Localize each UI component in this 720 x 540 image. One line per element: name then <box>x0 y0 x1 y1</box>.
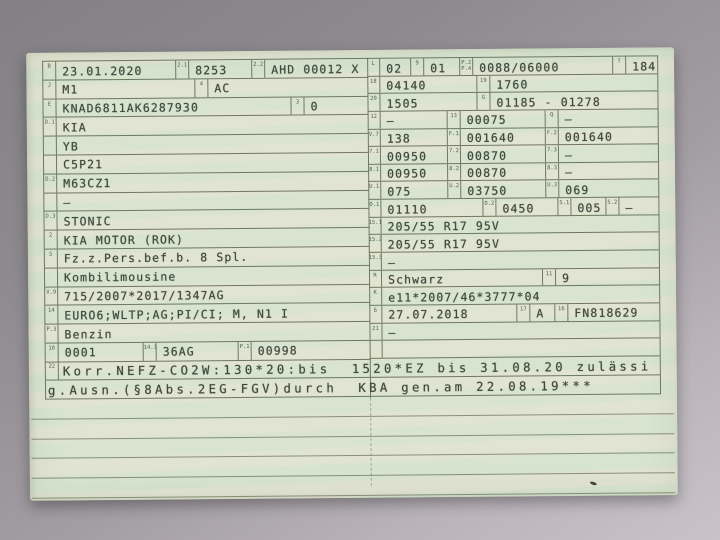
field-value: 04140 <box>380 76 476 93</box>
field-cell: 191760 <box>476 74 657 92</box>
field-cell: S.1005 <box>557 198 605 215</box>
field-cell: L02 <box>367 58 410 75</box>
field-value: 03750 <box>461 181 545 198</box>
field-code: 18 <box>367 76 380 93</box>
field-code: 15.3 <box>369 253 382 270</box>
field-code: E <box>43 99 56 117</box>
field-code <box>44 137 57 155</box>
field-value: – <box>382 250 659 269</box>
field-cell: F.1001640 <box>447 128 545 145</box>
field-cell: 12– <box>368 111 447 128</box>
field-cell: 201505 <box>367 93 476 111</box>
field-value: M63CZ1 <box>57 172 369 193</box>
ruled-line <box>32 473 675 498</box>
field-code: D.1 <box>44 118 57 136</box>
field-code: S.1 <box>558 198 571 215</box>
field-cell: 1300075 <box>447 110 545 127</box>
field-code: D.2 <box>44 174 57 192</box>
field-value: 27.07.2018 <box>382 305 516 323</box>
field-code: J <box>43 80 56 98</box>
field-value: 138 <box>381 129 447 146</box>
field-cell: RSchwarz <box>369 269 542 287</box>
field-value: 0450 <box>496 198 557 215</box>
field-cell: 8.200870 <box>447 163 545 180</box>
field-value: 1760 <box>490 74 657 92</box>
field-code: 2.2 <box>252 60 265 78</box>
field-value: 02 <box>380 58 410 75</box>
fields-table-right: L02901P.2 P.40088/06000T1841804140191760… <box>367 55 661 358</box>
field-code: 22 <box>46 362 59 380</box>
field-value: e11*2007/46*3777*04 <box>382 286 659 305</box>
field-value: 005 <box>571 198 605 215</box>
field-code: 20 <box>367 94 380 111</box>
field-code: 14.1 <box>144 343 157 361</box>
field-cell: S.2– <box>605 197 658 214</box>
field-code: B <box>43 62 56 80</box>
field-code: 9 <box>411 58 424 75</box>
field-code: 13 <box>448 111 461 128</box>
field-code: 8.3 <box>546 163 559 180</box>
field-code: 2 <box>45 231 58 249</box>
field-code: 7.3 <box>546 145 559 162</box>
field-code: V.9 <box>45 287 58 305</box>
field-cell: F.2001640 <box>545 127 658 145</box>
field-code <box>45 268 58 286</box>
field-cell: 119 <box>542 268 659 286</box>
field-value: 1505 <box>380 93 476 110</box>
field-cell: P.2 P.40088/06000 <box>459 57 612 75</box>
field-code: F.2 <box>546 128 559 145</box>
field-code: V.7 <box>368 129 381 146</box>
field-cell: U.1075 <box>368 182 447 199</box>
field-code: 12 <box>368 112 381 129</box>
field-cell: 4AC <box>194 78 368 97</box>
field-cell: 8.3– <box>545 162 658 180</box>
field-value: 01110 <box>381 199 482 217</box>
field-cell: 627.07.2018 <box>369 305 516 323</box>
field-value: 01 <box>424 58 459 75</box>
field-value: 715/2007*2017/1347AG <box>58 284 370 305</box>
field-code: Q <box>546 110 559 127</box>
remarks-block-field-22: 22 Korr.NEFZ-CO2W:130*20:bis 1520*EZ bis… <box>45 356 661 399</box>
field-code: L <box>367 59 380 76</box>
field-cell: 14.136AG <box>143 342 238 361</box>
field-value: – <box>559 145 658 163</box>
field-cell: 16FN818629 <box>554 303 659 321</box>
field-value: 205/55 R17 95V <box>382 215 659 234</box>
field-cell: D.1KIA <box>44 115 369 136</box>
field-value: 9 <box>556 268 659 286</box>
field-cell: D.3STONIC <box>44 209 369 230</box>
field-value: 00950 <box>381 164 447 181</box>
field-value <box>383 339 660 358</box>
field-cell: O.101110 <box>368 199 482 217</box>
field-code: P.1 <box>239 342 252 360</box>
field-cell: U.203750 <box>447 181 545 198</box>
field-code: U.3 <box>546 181 559 198</box>
field-code: O.2 <box>483 199 496 216</box>
field-cell: 1804140 <box>367 76 476 94</box>
field-code: 11 <box>543 269 556 286</box>
field-value: 00950 <box>381 146 447 163</box>
field-cell: P.3Benzin <box>45 322 370 343</box>
field-code <box>44 156 57 174</box>
field-value: 205/55 R17 95V <box>382 233 659 252</box>
field-code: 7.2 <box>448 146 461 163</box>
field-cell: 2KIA MOTOR (ROK) <box>45 228 370 249</box>
field-cell: 2.2AHD 00012 X <box>251 59 368 78</box>
field-code: S.2 <box>606 198 619 215</box>
field-code: G <box>477 93 490 110</box>
field-value: 001640 <box>461 128 545 145</box>
field-cell: 7.200870 <box>447 146 545 163</box>
field-value: KNAD6811AK6287930 <box>56 97 290 117</box>
field-value: Schwarz <box>382 269 542 287</box>
field-code: U.1 <box>368 182 381 199</box>
field-code: 17 <box>517 304 530 321</box>
registration-document-paper: B23.01.20202.182532.2AHD 00012 XJM14ACEK… <box>26 47 678 501</box>
field-value: Kombilimousine <box>58 266 370 287</box>
field-value: EURO6;WLTP;AG;PI/CI; M, N1 I <box>58 303 370 324</box>
field-cell: O.20450 <box>482 198 557 215</box>
field-value: 23.01.2020 <box>56 61 175 80</box>
field-value: AC <box>208 78 368 97</box>
field-value: 0001 <box>59 343 143 362</box>
field-cell: EKNAD6811AK6287930 <box>43 97 290 117</box>
field-code: O.1 <box>368 200 381 217</box>
field-code: P.2 P.4 <box>460 58 473 75</box>
empty-ruled-lines <box>31 394 675 499</box>
field-code: 15.2 <box>369 235 382 252</box>
field-cell: 901 <box>410 58 459 75</box>
field-code: 6 <box>369 306 382 323</box>
field-value: C5P21 <box>57 153 369 174</box>
field-cell: C5P21 <box>44 153 369 174</box>
field-value: 075 <box>381 182 447 199</box>
field-value: 00870 <box>461 146 545 163</box>
field-value: – <box>559 162 658 180</box>
field-cell: 8.100950 <box>368 164 447 181</box>
field-code: 2.1 <box>176 60 189 78</box>
field-cell: Kombilimousine <box>45 266 370 287</box>
field-value: 36AG <box>157 342 238 361</box>
field-value: FN818629 <box>568 303 659 320</box>
field-code: 19 <box>477 75 490 92</box>
field-cell: 15.1205/55 R17 95V <box>369 215 659 234</box>
field-cell: 5Fz.z.Pers.bef.b. 8 Spl. <box>45 247 370 268</box>
field-code: 8.2 <box>448 164 461 181</box>
field-cell: U.3069 <box>545 180 658 198</box>
field-cell <box>370 339 660 358</box>
field-value: 01185 - 01278 <box>490 92 657 110</box>
field-value: – <box>382 321 659 340</box>
field-value: – <box>57 190 369 211</box>
fields-table-left: B23.01.20202.182532.2AHD 00012 XJM14ACEK… <box>42 58 371 363</box>
field-value: STONIC <box>57 209 369 230</box>
field-value: – <box>619 197 658 214</box>
field-cell: D.2M63CZ1 <box>44 172 369 193</box>
field-code: F.1 <box>448 129 461 146</box>
field-cell: JM1 <box>43 79 194 98</box>
field-code: 8.1 <box>368 165 381 182</box>
field-code: 7.1 <box>368 147 381 164</box>
field-value: 0088/06000 <box>473 57 612 75</box>
field-code: 21 <box>369 323 382 340</box>
field-code: 5 <box>45 250 58 268</box>
field-code: D.3 <box>44 212 57 230</box>
field-cell: T184 <box>612 56 657 73</box>
field-value: YB <box>57 134 369 155</box>
field-code: R <box>369 270 382 287</box>
field-cell: P.100998 <box>238 341 371 360</box>
field-value: Fz.z.Pers.bef.b. 8 Spl. <box>58 247 370 268</box>
field-value: – <box>381 111 447 128</box>
field-value: M1 <box>56 79 194 98</box>
field-code: 14 <box>45 306 58 324</box>
field-cell: – <box>44 190 369 211</box>
field-cell: 7.3– <box>545 145 658 163</box>
field-code: 10 <box>46 344 59 362</box>
field-value: AHD 00012 X <box>265 59 368 78</box>
field-code: K <box>369 288 382 305</box>
field-cell: 14EURO6;WLTP;AG;PI/CI; M, N1 I <box>45 303 370 324</box>
field-value: 184 <box>626 56 657 73</box>
field-cell: 17A <box>516 304 554 321</box>
field-cell: 100001 <box>46 343 143 362</box>
field-value: – <box>559 109 658 127</box>
field-value: 8253 <box>189 60 251 78</box>
field-cell: 15.3– <box>369 250 659 269</box>
field-value: KIA <box>57 115 369 136</box>
field-code: U.2 <box>448 182 461 199</box>
field-cell: V.7138 <box>368 129 447 146</box>
field-code <box>370 341 383 358</box>
field-code: 4 <box>195 79 208 97</box>
field-cell: B23.01.2020 <box>43 61 175 80</box>
photo-background: { "document_type": "german-vehicle-regis… <box>0 0 720 540</box>
field-code: 16 <box>555 304 568 321</box>
field-value: 00075 <box>461 110 545 127</box>
field-cell: Q– <box>545 109 658 127</box>
field-code: P.3 <box>45 325 58 343</box>
field-cell: 21– <box>369 321 659 340</box>
field-cell: YB <box>44 134 369 155</box>
field-value: Benzin <box>58 322 370 343</box>
field-value: KIA MOTOR (ROK) <box>58 228 370 249</box>
field-value: 0 <box>304 96 368 114</box>
field-value: 00998 <box>252 341 371 360</box>
field-value: A <box>530 304 554 321</box>
field-cell: V.9715/2007*2017/1347AG <box>45 284 370 305</box>
field-cell: Ke11*2007/46*3777*04 <box>369 286 659 305</box>
field-cell: 7.100950 <box>368 146 447 163</box>
field-cell: 30 <box>290 96 368 114</box>
field-value: 001640 <box>559 127 658 145</box>
field-code: T <box>613 57 626 74</box>
field-cell: 15.2205/55 R17 95V <box>369 233 659 252</box>
field-cell: 2.18253 <box>175 60 251 78</box>
field-code: 15.1 <box>369 218 382 235</box>
field-code: 3 <box>291 97 304 115</box>
field-cell: G01185 - 01278 <box>476 92 657 110</box>
field-value: 00870 <box>461 163 545 180</box>
field-code <box>44 193 57 211</box>
field-value: 069 <box>559 180 658 198</box>
